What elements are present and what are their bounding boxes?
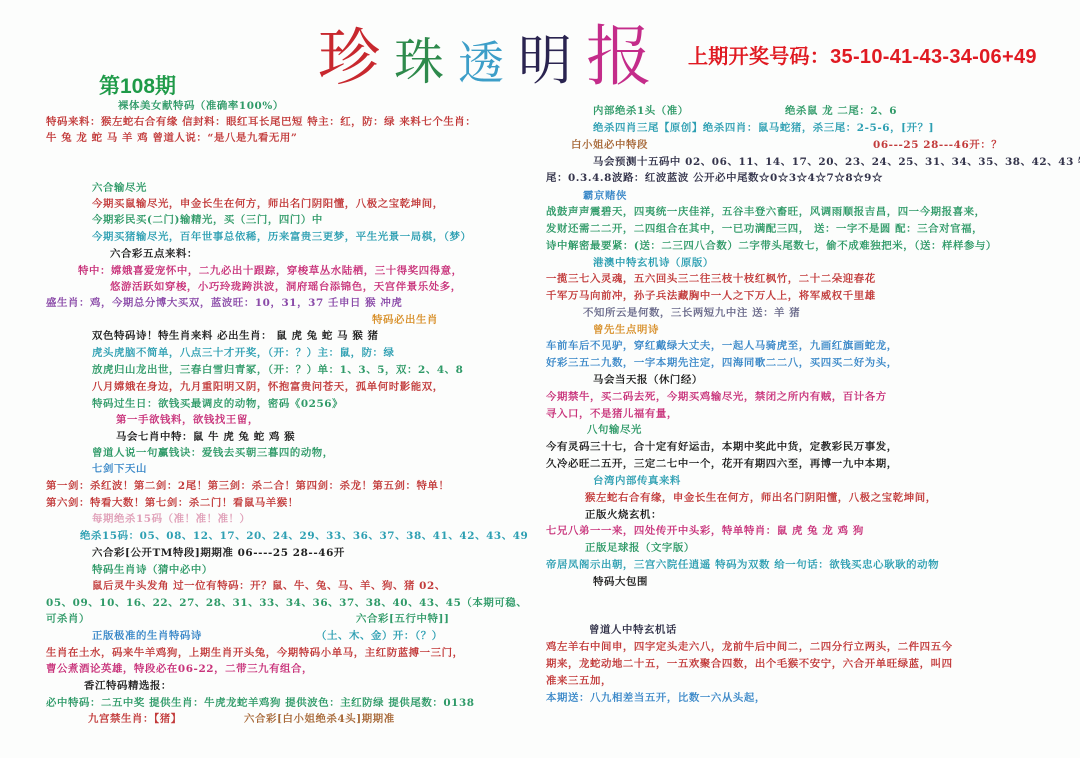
- text-line: 第一剑：杀红波！第二剑：2尾！第三剑：杀二合！第四剑：杀龙！第五剑：特单！: [46, 480, 450, 493]
- text-line: 六合彩[白小姐绝杀4头]期期准: [244, 713, 395, 726]
- text-line: 今期彩民买(二门)输精光，买（三门，四门）中: [92, 214, 323, 227]
- title-char-3: 透: [458, 28, 508, 98]
- title-char-2: 珠: [394, 27, 448, 97]
- text-line: 第一手欲钱料，欲钱找王留，: [116, 414, 259, 427]
- text-line: 千军万马向前冲，孙子兵法藏胸中一人之下万人上，将军威权千里雄: [546, 290, 876, 303]
- text-line: 鸡左羊右中间申，四字定头走六八，龙前牛后中间二，二四分行立两头，二件四五今: [546, 641, 953, 654]
- text-line: 裸体美女献特码（准确率100%）: [118, 100, 284, 113]
- text-line: 七剑下天山: [92, 463, 147, 476]
- text-line: 马会当天报（休门经）: [593, 374, 703, 387]
- text-line: 战鼓声声震碧天，四夷统一庆佳祥，五谷丰登六畜旺，风调雨顺报吉昌，四一今期报喜来，: [546, 206, 986, 219]
- text-line: 期来，龙蛇动地二十五，一五欢聚合四数，出个毛猴不安宁，六合开单旺绿蓝，叫四: [546, 658, 953, 671]
- text-line: 六合输尽光: [92, 182, 147, 195]
- newspaper-title: 珍珠透明报: [318, 22, 666, 98]
- text-line: 港澳中特玄机诗（原版）: [593, 257, 714, 270]
- last-draw-numbers: 上期开奖号码：35-10-41-43-34-06+49: [688, 40, 1037, 69]
- text-line: 鼠后灵牛头发角 过一位有特码：开？鼠、牛、兔、马、羊、狗、猪 02、: [92, 580, 446, 593]
- text-line: 曾先生点明诗: [593, 324, 659, 337]
- text-line: 盛生肖：鸡，今期总分博大买双，蓝波旺：10，31，37 壬申日 猴 冲虎: [46, 297, 402, 310]
- text-line: 马会预测十五码中 02、06、11、14、17、20、23、24、25、31、3…: [593, 156, 1080, 169]
- text-line: 好彩三五二九数，一字本期先注定，四海同歌二二八，买四买二好为头，: [546, 357, 898, 370]
- text-line: 诗中解密最要紧：(送：二三四八合数）二字带头尾数七，偷不成难独把米，（送：样样参…: [546, 240, 997, 253]
- text-line: 特中：嫦娥喜爱宠怀中，二九必出十跟踪，穿梭草丛水陆栖，三十得奖四得意，: [78, 265, 463, 278]
- text-line: 香江特码精选报：: [84, 680, 172, 693]
- text-line: 六合彩[五行中特]]: [356, 613, 449, 626]
- text-line: 白小姐必中特段: [571, 139, 648, 152]
- text-line: 九宫禁生肖：【猪】: [88, 713, 182, 726]
- title-char-1: 珍: [318, 23, 384, 93]
- text-line: 今有灵码三十七，合十定有好运击，本期中奖此中货，定教彩民万事发，: [546, 441, 898, 454]
- text-line: 虎头虎脑不简单，八点三十才开奖，（开：？）主：鼠，防：绿: [92, 347, 395, 360]
- text-line: 猴左蛇右合有缘，申金长生在何方，师出名门阴阳懂，八极之宝乾坤间，: [585, 492, 937, 505]
- period-number: 第108期: [99, 70, 176, 100]
- title-char-5: 报: [586, 22, 656, 92]
- text-line: 正版足球报（文字版）: [585, 542, 695, 555]
- title-char-4: 明: [518, 26, 576, 96]
- text-line: 曾道人说一句赢钱诀：爱钱去买朝三暮四的动物，: [92, 447, 334, 460]
- text-line: 今期买猪输尽光，百年世事总依稀，历来富贵三更梦，平生光景一局棋，（梦）: [92, 231, 471, 244]
- text-line: 寻入口，不是猪儿福有量，: [546, 408, 678, 421]
- text-line: 绝杀四肖三尾【原创】绝杀四肖：鼠马蛇猪，杀三尾：2-5-6，[开？]: [593, 122, 934, 135]
- text-line: 六合彩[公开TM特段]期期准 06----25 28--46开: [92, 547, 345, 560]
- text-line: 特码来料：猴左蛇右合有缘 信封料：眼红耳长尾巴短 特主：红，防：绿 来料七个生肖…: [46, 116, 476, 129]
- text-line: 六合彩五点来料：: [110, 248, 198, 261]
- text-line: 06---25 28---46开：？: [873, 139, 1002, 152]
- text-line: 特码大包围: [593, 576, 648, 589]
- text-line: 霸京赌侠: [583, 190, 627, 203]
- text-line: 八月嫦娥在身边，九月重阳明又阴，怀抱富贵问苍天，孤单何时影能双，: [92, 381, 444, 394]
- text-line: 准来三五加，: [546, 675, 612, 688]
- text-line: 内部绝杀1头（准）: [593, 105, 689, 118]
- text-line: 今期买鼠输尽光，申金长生在何方，师出名门阴阳懂，八极之宝乾坤间，: [92, 198, 444, 211]
- text-line: 发财还需二二开，二四组合在其中，一已功满配三四， 送：一字不是圆 配：三合对官福…: [546, 223, 983, 236]
- text-line: 绝杀鼠 龙 二尾：2、6: [785, 105, 897, 118]
- text-line: 本期送：八九相差当五开，比数一六从头起，: [546, 692, 766, 705]
- text-line: 马会七肖中特：鼠 牛 虎 兔 蛇 鸡 猴: [116, 431, 295, 444]
- text-line: 牛 兔 龙 蛇 马 羊 鸡 曾道人说：“是八是九看无用”: [46, 132, 298, 145]
- text-line: 特码必出生肖: [372, 314, 438, 327]
- text-line: 05、09、10、16、22、27、28、31、33、34、36、37、38、4…: [46, 597, 527, 610]
- text-line: 双色特码诗！特生肖来料 必出生肖： 鼠 虎 兔 蛇 马 猴 猪: [92, 330, 379, 343]
- text-line: 悠游活跃如穿梭，小巧玲珑跨洪波，洞府瑶台添锦色，天宫伴景乐处多，: [110, 281, 462, 294]
- text-line: （土、木、金）开：（？）: [316, 630, 443, 643]
- text-line: 生肖在土水，码来牛羊鸡狗，上期生肖开头兔，今期特码小单马，主红防蓝搏一三门，: [46, 647, 464, 660]
- text-line: 绝杀15码：05、08、12、17、20、24、29、33、36、37、38、4…: [80, 530, 528, 543]
- text-line: 不知所云是何数，三长两短九中注 送：羊 猪: [583, 307, 800, 320]
- text-line: 正版火烧玄机：: [585, 509, 662, 522]
- text-line: 特码生肖诗（猜中必中）: [92, 564, 213, 577]
- text-line: 放虎归山龙出世，三春白雪归青冢，（开：？）单：1、3、5，双：2、4、8: [92, 364, 464, 377]
- text-line: 每期绝杀15码（准！准！准！）: [92, 513, 251, 526]
- text-line: 八句输尽光: [587, 424, 642, 437]
- text-line: 七兄八弟一一来，四处传开中头彩，特单特肖：鼠 虎 兔 龙 鸡 狗: [546, 525, 864, 538]
- text-line: 第六剑：特看大数！第七剑：杀二门！看鼠马羊猴！: [46, 497, 299, 510]
- text-line: 曾道人中特玄机话: [589, 624, 677, 637]
- text-line: 台湾内部传真来料: [593, 475, 681, 488]
- text-line: 久冷必旺二五开，三定二七中一个，花开有期四六至，再博一九中本期，: [546, 458, 898, 471]
- text-line: 尾：0.3.4.8波路：红波蓝波 公开必中尾数☆0☆3☆4☆7☆8☆9☆: [546, 172, 883, 185]
- text-line: 特码过生日：欲钱买最调皮的动物，密码《0256》: [92, 398, 343, 411]
- text-line: 今期禁牛，买二码去死，今期买鸡输尽光，禁闭之所内有贼，百计各方: [546, 391, 887, 404]
- text-line: 曹公煮酒论英雄，特段必在06-22，二带三九有组合，: [46, 663, 313, 676]
- text-line: 正版极准的生肖特码诗: [92, 630, 202, 643]
- text-line: 帝居凤阁示出朝，三宫六院任逍遥 特码为双数 给一句话：欲钱买忠心耿耿的动物: [546, 559, 939, 572]
- text-line: 车前车后不见驴，穿红戴绿大丈夫，一起人马骑虎至，九画红旗画蛇龙，: [546, 340, 898, 353]
- text-line: 可杀肖）: [46, 613, 90, 626]
- text-line: 必中特码：二五中奖 提供生肖：牛虎龙蛇羊鸡狗 提供波色：主红防绿 提供尾数：01…: [46, 697, 475, 710]
- text-line: 一揽三七入灵魂，五六回头三二往三枝十枝红枫竹，二十二朵迎春花: [546, 273, 876, 286]
